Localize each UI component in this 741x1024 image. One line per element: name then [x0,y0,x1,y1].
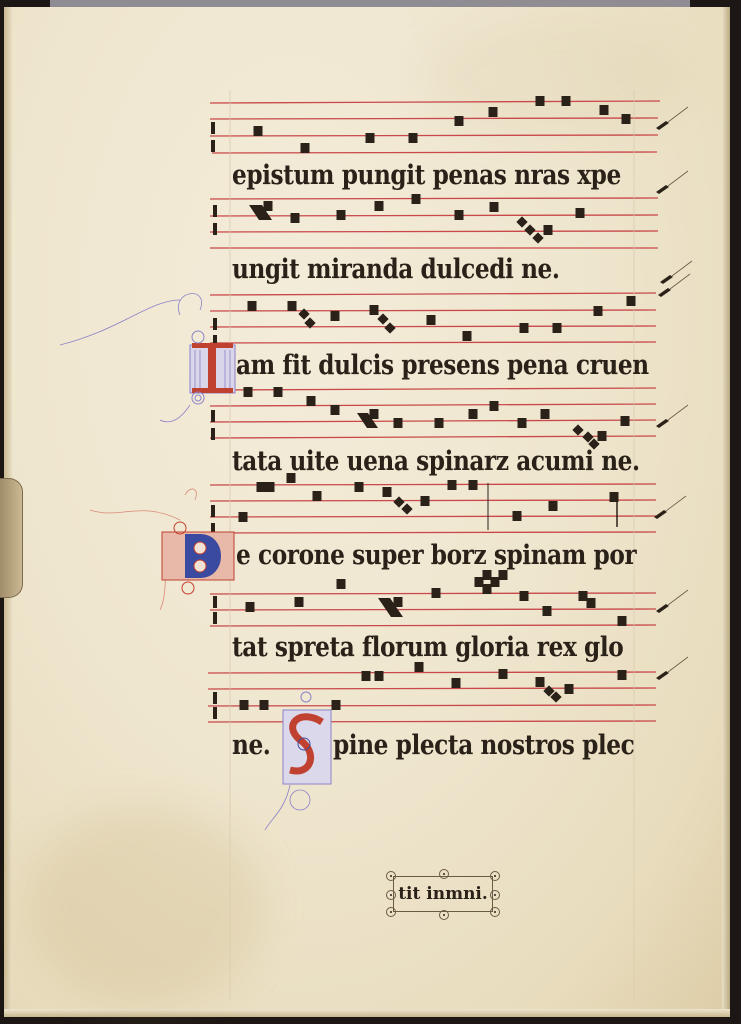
rubric-box: tit inmni. [393,876,493,912]
notes-staff-4 [244,387,689,450]
initial-I-illumination [60,294,235,422]
notes-staff-6 [246,570,689,626]
lyric-line-6: tat spreta florum gloria rex glo [232,632,623,663]
rubric-ornament [439,910,449,920]
rubric-ornament [490,890,500,900]
initial-S-illumination [265,692,331,830]
notes-staff-5 [239,473,687,530]
rubric-ornament [386,890,396,900]
lyric-line-4: tata uite uena spinarz acumi ne. [232,446,640,477]
rubric-ornament [386,871,396,881]
rubric-label: tit inmni. [398,884,488,904]
rubric-ornament [386,907,396,917]
rubric-ornament [490,907,500,917]
lyric-line-5: e corone super borz spinam por [236,540,636,571]
rubric-ornament [439,869,449,879]
lyric-line-7b: pine plecta nostros plec [333,730,634,761]
music-notation [0,0,741,1024]
lyric-line-2: ungit miranda dulcedi ne. [232,254,560,285]
lyric-line-7a: ne. [232,730,270,761]
lyric-line-1: epistum pungit penas nras xpe [232,160,621,191]
rubric-ornament [490,871,500,881]
staff-lines [208,101,660,722]
lyric-line-3: am fit dulcis presens pena cruen [236,350,649,381]
clef-marks [211,122,217,719]
